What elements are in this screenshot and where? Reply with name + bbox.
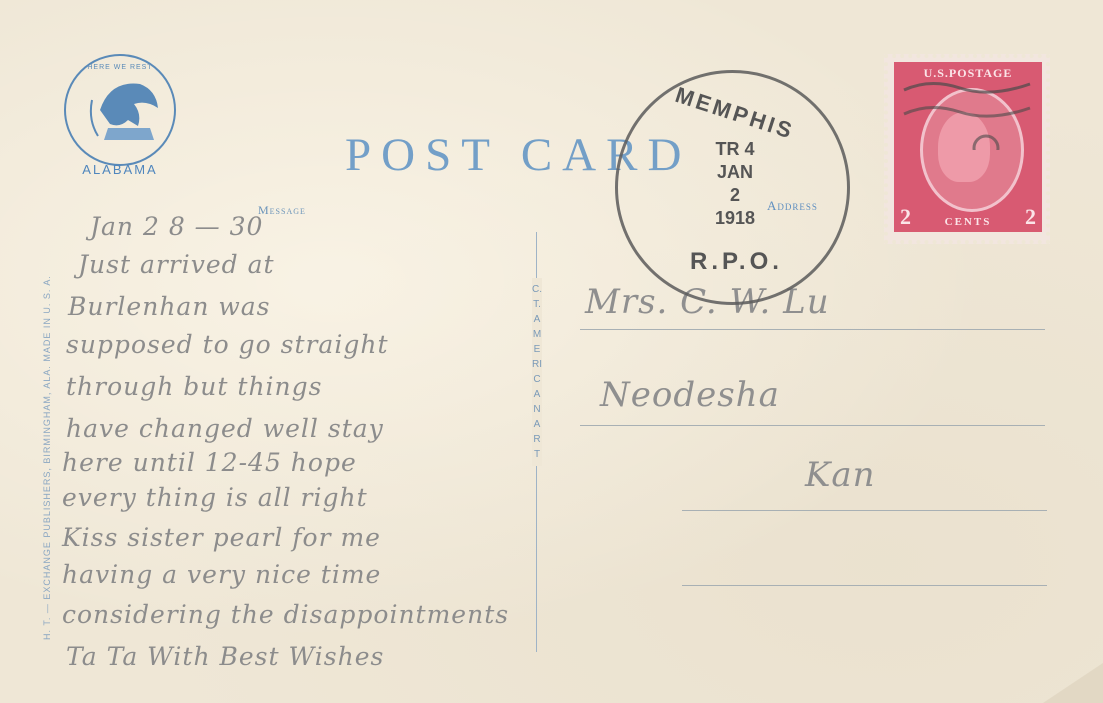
- message-line: have changed well stay: [66, 414, 384, 443]
- address-line: [580, 425, 1045, 426]
- postmark-date: TR 4 JAN 2 1918: [700, 138, 770, 230]
- message-line: Ta Ta With Best Wishes: [66, 642, 384, 671]
- postcard-back: HERE WE REST ALABAMA POST CARD Message A…: [0, 0, 1103, 703]
- message-line: through but things: [66, 372, 322, 401]
- message-line: Just arrived at: [78, 250, 275, 279]
- message-label: Message: [258, 203, 306, 218]
- stamp-value-right: 2: [1025, 206, 1036, 228]
- publisher-imprint: H. T. — EXCHANGE PUBLISHERS, BIRMINGHAM,…: [42, 275, 52, 640]
- corner-crease: [1043, 663, 1103, 703]
- stamp-value-left: 2: [900, 206, 911, 228]
- message-line: here until 12-45 hope: [62, 448, 357, 477]
- address-line: [682, 510, 1047, 511]
- address-line: [682, 585, 1047, 586]
- message-line: every thing is all right: [62, 483, 368, 512]
- address-line: [580, 329, 1045, 330]
- alabama-seal: HERE WE REST: [64, 54, 176, 166]
- message-line: Burlenhan was: [68, 292, 271, 321]
- message-line: Kiss sister pearl for me: [62, 523, 381, 552]
- message-line: Jan 2 8 — 30: [90, 212, 263, 241]
- recipient-state: Kan: [805, 455, 876, 495]
- seal-state-label: ALABAMA: [64, 162, 176, 177]
- divider-imprint: C.T.AMERICAN ART: [532, 278, 542, 466]
- message-line: considering the disappointments: [62, 600, 509, 629]
- cancellation-mark-icon: [900, 70, 1040, 150]
- eagle-seal-icon: [80, 70, 164, 154]
- message-line: having a very nice time: [62, 560, 381, 589]
- stamp-value-text: CENTS: [945, 216, 992, 228]
- message-line: supposed to go straight: [66, 330, 389, 359]
- recipient-city: Neodesha: [600, 375, 780, 415]
- postmark-route: R.P.O.: [690, 248, 783, 276]
